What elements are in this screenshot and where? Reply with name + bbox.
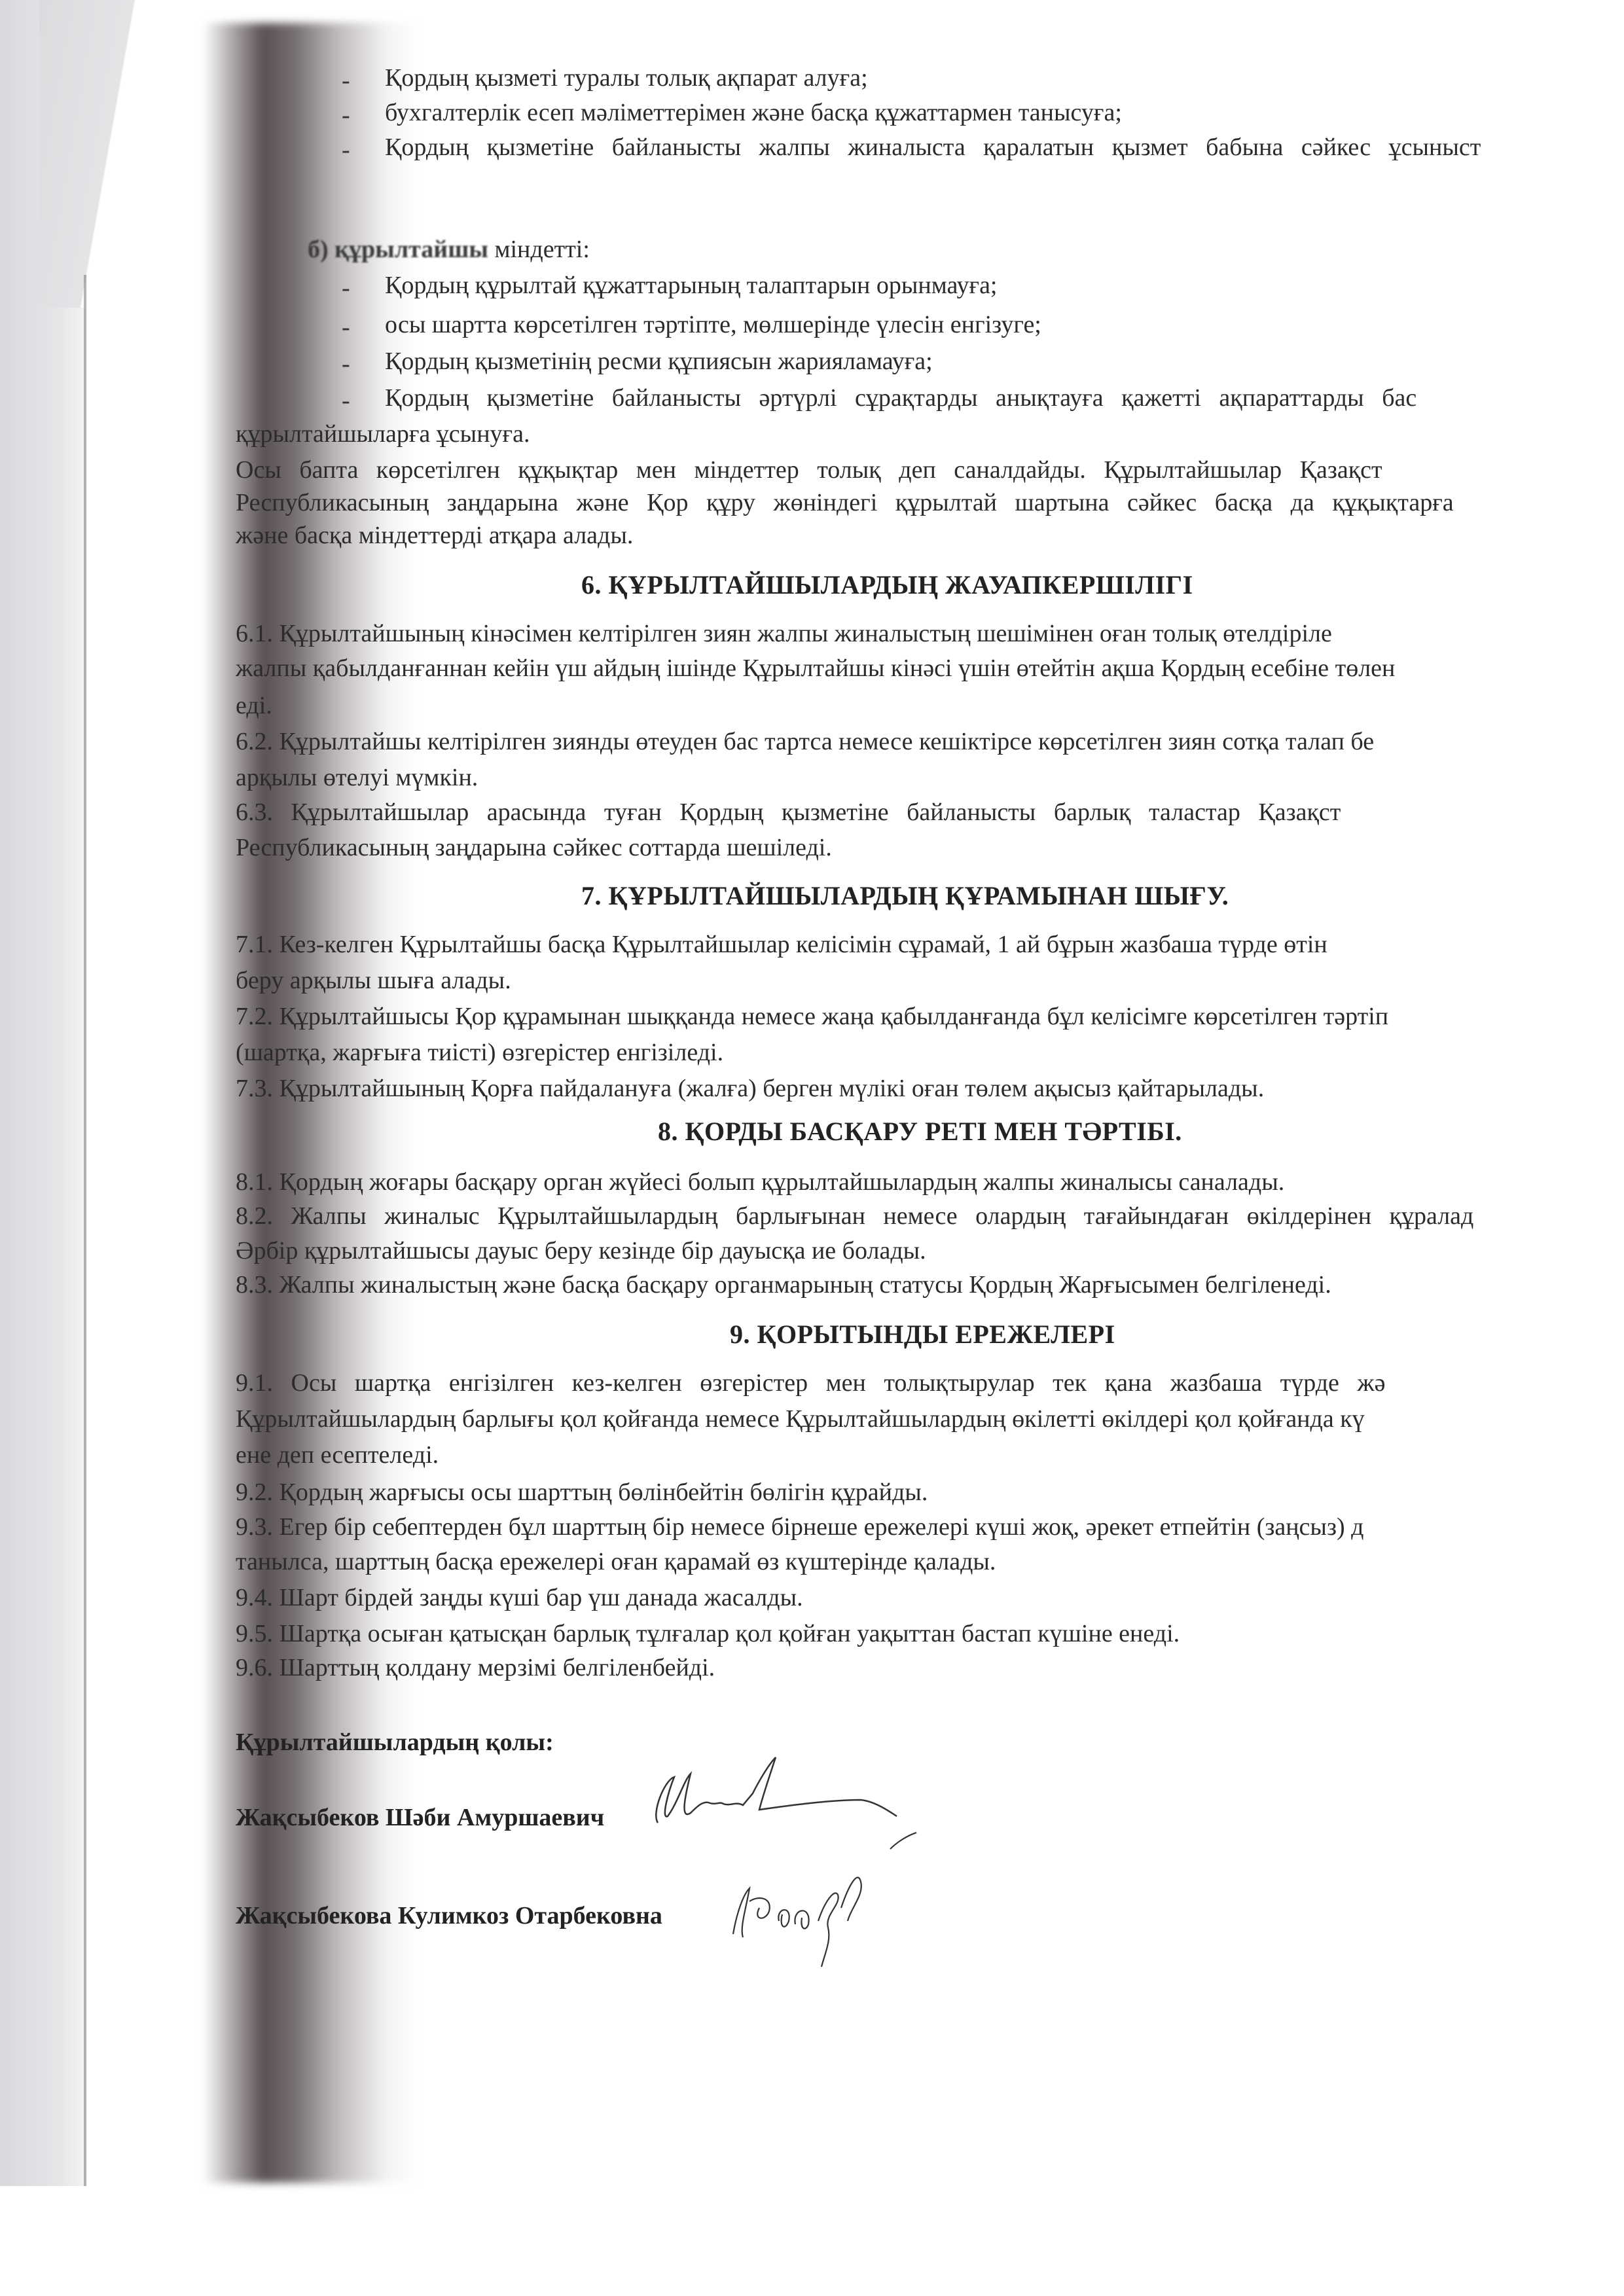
duties-closing: және басқа міндеттерді атқара алады. — [236, 520, 633, 550]
list-dash: - — [342, 386, 350, 415]
section-7-paragraph: 7.1. Кез-келген Құрылтайшы басқа Құрылта… — [236, 929, 1327, 960]
section-9-paragraph: 9.5. Шартқа осыған қатысқан барлық тұлға… — [236, 1619, 1180, 1649]
section-9-paragraph: 9.6. Шарттың қолдану мерзімі белгіленбей… — [236, 1653, 715, 1683]
signature-2-icon — [720, 1823, 936, 1973]
section-6-paragraph: еді. — [236, 691, 272, 721]
list-dash: - — [342, 274, 350, 302]
section-7-paragraph: беру арқылы шыға алады. — [236, 965, 511, 996]
section-8-paragraph: 8.3. Жалпы жиналыстың және басқа басқару… — [236, 1270, 1331, 1300]
section-6-paragraph: 6.2. Құрылтайшы келтірілген зиянды өтеуд… — [236, 726, 1374, 757]
section-9-paragraph: 9.1. Осы шартқа енгізілген кез-келген өз… — [236, 1368, 1386, 1398]
section-9-paragraph: 9.2. Қордың жарғысы осы шарттың бөлінбей… — [236, 1477, 928, 1507]
list-dash: - — [342, 313, 350, 342]
signer-name: Жақсыбекова Кулимкоз Отарбековна — [236, 1901, 662, 1930]
section-7-paragraph: 7.3. Құрылтайшының Қорға пайдалануға (жа… — [236, 1073, 1264, 1103]
section-9-paragraph: 9.4. Шарт бірдей заңды күші бар үш данад… — [236, 1583, 803, 1613]
rights-item: Қордың қызметіне байланысты жалпы жиналы… — [385, 132, 1481, 162]
duties-intro-rest: міндетті: — [488, 236, 590, 263]
duty-item-wrap: құрылтайшыларға ұсынуға. — [236, 419, 530, 449]
page-edge-line — [84, 275, 86, 2186]
section-7-paragraph: (шартқа, жарғыға тиісті) өзгерістер енгі… — [236, 1037, 723, 1067]
section-7-title: 7. ҚҰРЫЛТАЙШЫЛАРДЫҢ ҚҰРАМЫНАН ШЫҒУ. — [581, 880, 1229, 911]
section-8-paragraph: Әрбір құрылтайшысы дауыс беру кезінде бі… — [236, 1236, 926, 1266]
section-8-paragraph: 8.2. Жалпы жиналыс Құрылтайшылардың барл… — [236, 1201, 1473, 1231]
section-9-title: 9. ҚОРЫТЫНДЫ ЕРЕЖЕЛЕРІ — [730, 1319, 1115, 1350]
duty-item: Қордың құрылтай құжаттарының талаптарын … — [385, 270, 998, 300]
scanner-fold — [39, 0, 157, 308]
section-6-paragraph: Республикасының заңдарына сәйкес соттард… — [236, 833, 832, 863]
signatures-label: Құрылтайшылардың қолы: — [236, 1728, 554, 1757]
duties-intro-lead: б) құрылтайшы — [308, 236, 488, 263]
section-6-paragraph: 6.3. Құрылтайшылар арасында туған Қордың… — [236, 797, 1341, 827]
scanner-edge — [0, 0, 85, 2186]
section-7-paragraph: 7.2. Құрылтайшысы Қор құрамынан шыққанда… — [236, 1001, 1388, 1031]
duties-closing: Осы бапта көрсетілген құқықтар мен мінде… — [236, 455, 1382, 485]
duty-item: осы шартта көрсетілген тәртіпте, мөлшері… — [385, 310, 1041, 340]
list-dash: - — [342, 135, 350, 164]
section-9-paragraph: танылса, шарттың басқа ережелері оған қа… — [236, 1547, 996, 1577]
section-6-paragraph: арқылы өтелуі мүмкін. — [236, 762, 478, 793]
list-dash: - — [342, 101, 350, 130]
list-dash: - — [342, 66, 350, 95]
signature-1-icon — [638, 1754, 900, 1833]
rights-item: бухгалтерлік есеп мәліметтерімен және ба… — [385, 98, 1122, 128]
section-6-title: 6. ҚҰРЫЛТАЙШЫЛАРДЫҢ ЖАУАПКЕРШІЛІГІ — [581, 569, 1193, 600]
duties-intro: б) құрылтайшы міндетті: — [308, 234, 590, 264]
section-9-paragraph: ене деп есептеледі. — [236, 1440, 439, 1470]
section-6-paragraph: жалпы қабылданғаннан кейін үш айдың ішін… — [236, 653, 1395, 683]
list-dash: - — [342, 350, 350, 378]
duties-closing: Республикасының заңдарына және Қор құру … — [236, 488, 1454, 518]
section-8-title: 8. ҚОРДЫ БАСҚАРУ РЕТІ МЕН ТӘРТІБІ. — [658, 1116, 1182, 1147]
duty-item: Қордың қызметіне байланысты әртүрлі сұра… — [385, 383, 1416, 413]
rights-item: Қордың қызметі туралы толық ақпарат алуғ… — [385, 63, 868, 93]
section-9-paragraph: 9.3. Егер бір себептерден бұл шарттың бі… — [236, 1512, 1363, 1542]
section-8-paragraph: 8.1. Қордың жоғары басқару орган жүйесі … — [236, 1167, 1284, 1197]
section-9-paragraph: Құрылтайшылардың барлығы қол қойғанда не… — [236, 1404, 1365, 1434]
duty-item: Қордың қызметінің ресми құпиясын жарияла… — [385, 346, 933, 376]
signer-name: Жақсыбеков Шәби Амуршаевич — [236, 1803, 604, 1832]
section-6-paragraph: 6.1. Құрылтайшының кінәсімен келтірілген… — [236, 619, 1332, 649]
page-bottom-margin — [0, 2212, 1624, 2296]
